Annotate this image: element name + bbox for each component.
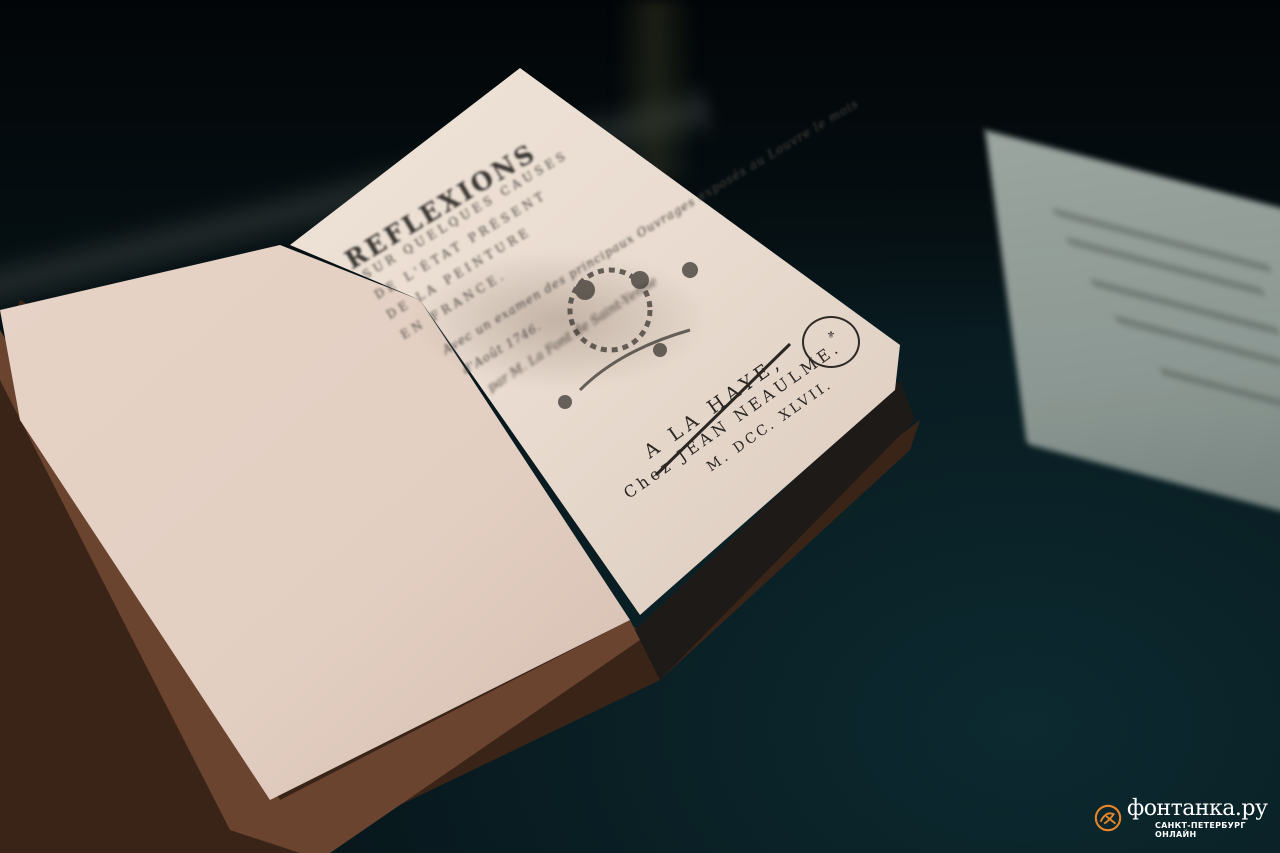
library-stamp-icon: ⚜	[802, 316, 860, 368]
open-book	[0, 0, 1280, 853]
watermark-tagline: САНКТ-ПЕТЕРБУРГ ОНЛАЙН	[1155, 821, 1280, 839]
watermark-name: фонтанка.ру	[1127, 797, 1280, 821]
fontanka-logo-icon	[1093, 802, 1123, 834]
photo-scene: REFLEXIONS SUR QUELQUES CAUSES DE L'ÉTAT…	[0, 0, 1280, 853]
watermark-logo: фонтанка.ру САНКТ-ПЕТЕРБУРГ ОНЛАЙН	[1093, 797, 1280, 839]
